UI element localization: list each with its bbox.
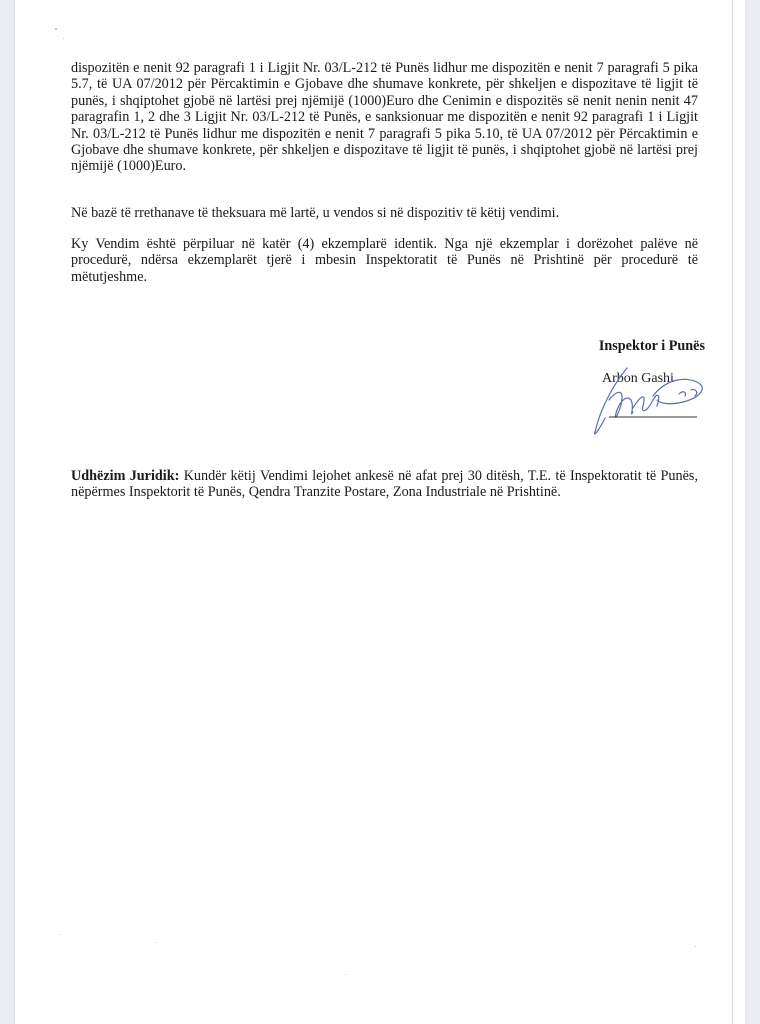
scan-speck <box>155 942 156 943</box>
decision-paragraph-penalties: dispozitën e nenit 92 paragrafi 1 i Ligj… <box>71 60 698 175</box>
legal-instruction-label: Udhëzim Juridik: <box>71 468 179 484</box>
legal-instruction-paragraph: Udhëzim Juridik: Kundër këtij Vendimi le… <box>71 468 698 501</box>
decision-paragraph-basis: Në bazë të rrethanave të theksuara më la… <box>71 205 698 221</box>
page-edge-line <box>732 0 733 1024</box>
scan-speck <box>60 934 61 935</box>
handwritten-signature-icon <box>587 360 717 440</box>
scan-speck <box>63 38 64 39</box>
signatory-title: Inspektor i Punës <box>599 338 705 355</box>
scan-speck <box>695 946 696 947</box>
scan-speck <box>55 28 57 30</box>
decision-paragraph-copies: Ky Vendim është përpiluar në katër (4) e… <box>71 236 698 285</box>
document-page: dispozitën e nenit 92 paragrafi 1 i Ligj… <box>15 0 745 1024</box>
scan-speck <box>345 974 346 975</box>
